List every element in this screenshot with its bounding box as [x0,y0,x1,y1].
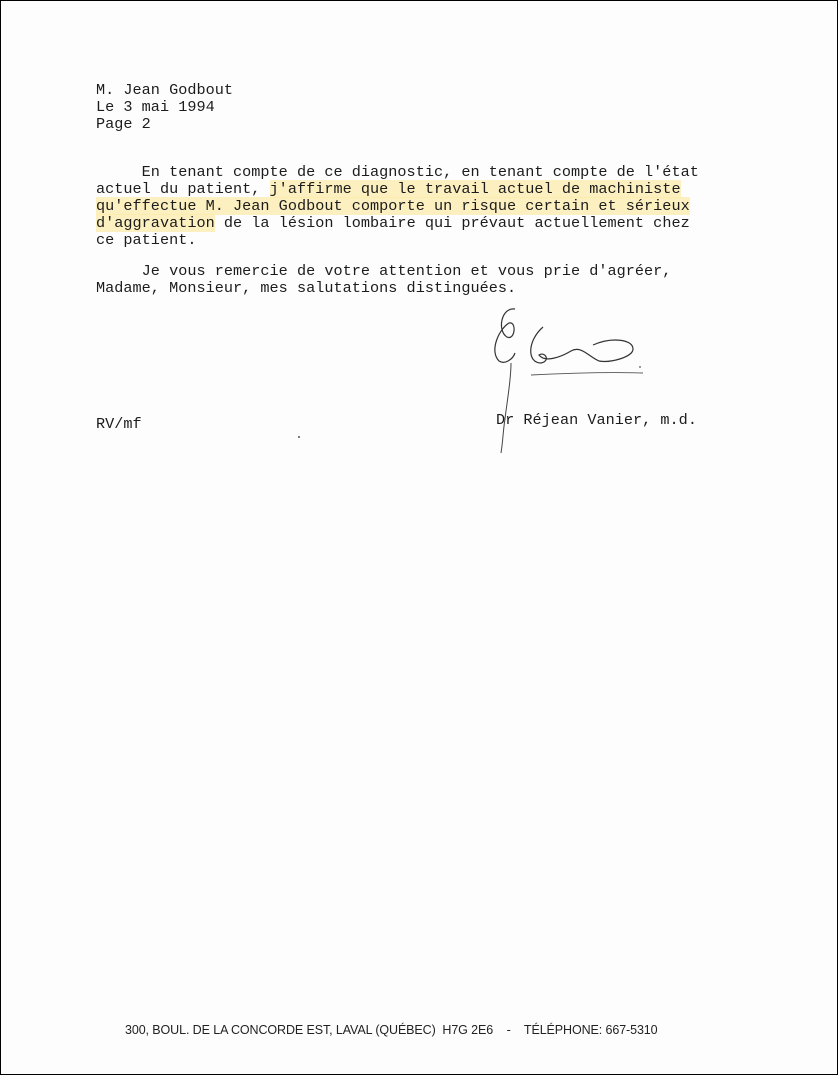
text-run: actuel du patient, [96,180,270,198]
paragraph-line: Madame, Monsieur, mes salutations distin… [96,280,516,297]
highlighted-text: j'affirme que le travail actuel de machi… [270,180,681,198]
letterhead-footer-address: 300, BOUL. DE LA CONCORDE EST, LAVAL (QU… [125,1023,658,1037]
highlighted-text: d'aggravation [96,214,215,232]
letter-page: M. Jean Godbout Le 3 mai 1994 Page 2 En … [0,0,838,1075]
paragraph-line: Je vous remercie de votre attention et v… [96,263,671,280]
paragraph-line: actuel du patient, j'affirme que le trav… [96,181,681,198]
highlighted-text: qu'effectue M. Jean Godbout comporte un … [96,197,690,215]
signatory-name: Dr Réjean Vanier, m.d. [496,412,697,429]
letter-date: Le 3 mai 1994 [96,99,215,116]
paragraph-line: qu'effectue M. Jean Godbout comporte un … [96,198,690,215]
handwritten-signature [481,301,681,461]
paragraph-line: En tenant compte de ce diagnostic, en te… [96,164,699,181]
scan-speck [298,436,300,438]
typist-initials: RV/mf [96,416,142,433]
text-run: ce patient. [96,231,196,249]
text-run: En tenant compte de ce diagnostic, en te… [96,163,699,181]
recipient-name: M. Jean Godbout [96,82,233,99]
text-run: de la lésion lombaire qui prévaut actuel… [215,214,690,232]
paragraph-line: ce patient. [96,232,196,249]
page-number: Page 2 [96,116,151,133]
paragraph-line: d'aggravation de la lésion lombaire qui … [96,215,690,232]
